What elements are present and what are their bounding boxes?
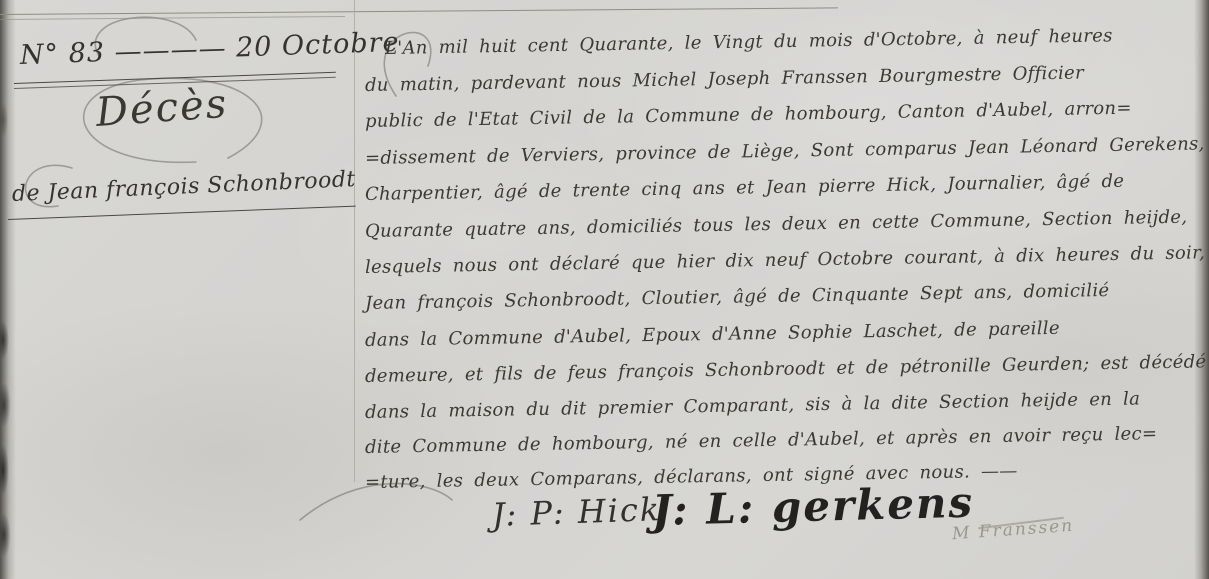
act-text-line: dans la Commune d'Aubel, Epoux d'Anne So… xyxy=(365,318,1060,351)
act-text-line: demeure, et fils de feus françois Schonb… xyxy=(365,351,1207,387)
deceased-name-margin: de Jean françois Schonbroodt xyxy=(11,167,356,207)
act-text-line: public de l'Etat Civil de la Commune de … xyxy=(365,98,1132,132)
signature-jp-hick: J: P: Hick xyxy=(491,490,662,534)
book-binding-edge xyxy=(0,0,16,579)
subject-underline xyxy=(8,206,356,221)
top-horizontal-rule xyxy=(0,7,838,15)
act-text-line: du matin, pardevant nous Michel Joseph F… xyxy=(365,62,1084,96)
act-text-line: L'An mil huit cent Quarante, le Vingt du… xyxy=(385,25,1113,59)
act-text-line: Charpentier, âgé de trente cinq ans et J… xyxy=(365,171,1125,205)
act-number-and-date: N° 83 ———— 20 Octobre xyxy=(19,27,400,71)
scanned-register-page: N° 83 ———— 20 Octobre Décès de Jean fran… xyxy=(0,0,1209,579)
act-text-line: =dissement de Verviers, province de Lièg… xyxy=(365,133,1205,169)
act-text-line: dans la maison du dit premier Comparant,… xyxy=(365,388,1141,423)
top-horizontal-rule-secondary xyxy=(0,16,345,20)
act-text-line: lesquels nous ont déclaré que hier dix n… xyxy=(365,242,1205,278)
act-text-line: dite Commune de hombourg, né en celle d'… xyxy=(365,423,1158,458)
act-text-line: Quarante quatre ans, domiciliés tous les… xyxy=(365,207,1188,242)
act-text-line: Jean françois Schonbroodt, Cloutier, âgé… xyxy=(365,280,1110,314)
act-type-title: Décès xyxy=(94,81,229,136)
margin-vertical-rule xyxy=(354,0,355,482)
signature-jl-gerkens: J: L: gerkens xyxy=(651,478,974,535)
page-right-edge xyxy=(1194,0,1209,579)
